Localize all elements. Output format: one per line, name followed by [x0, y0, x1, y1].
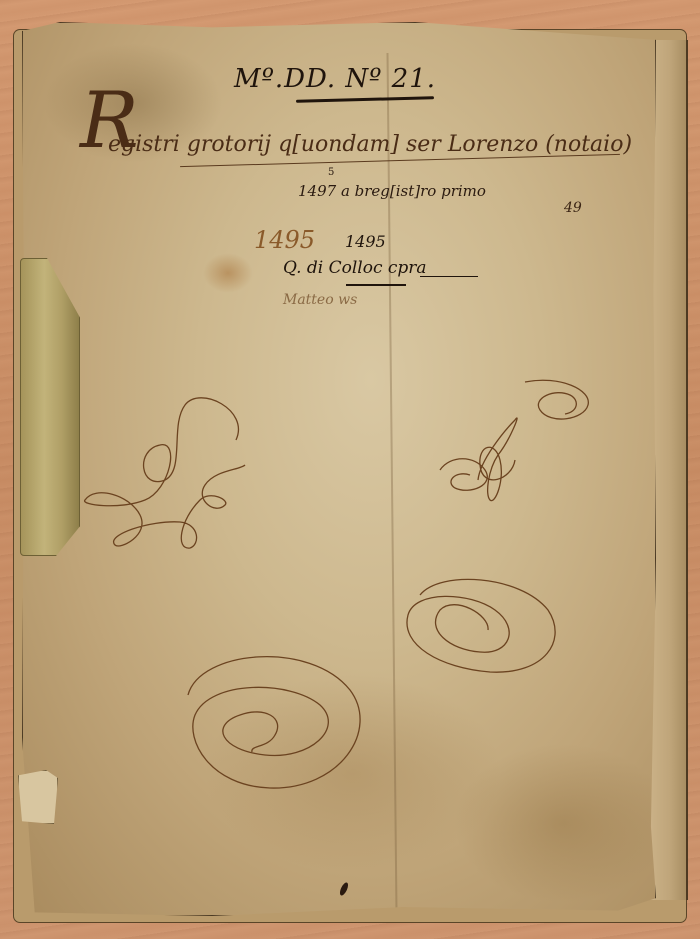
loop-scribble-left [85, 398, 245, 548]
knot-scribble-right [440, 418, 517, 501]
ink-blot [338, 881, 349, 896]
pen-scribbles [0, 0, 700, 939]
spiral-scribble-upper-right [525, 380, 588, 419]
spiral-scribble-right [407, 579, 555, 672]
spiral-scribble-bottom [188, 657, 360, 788]
